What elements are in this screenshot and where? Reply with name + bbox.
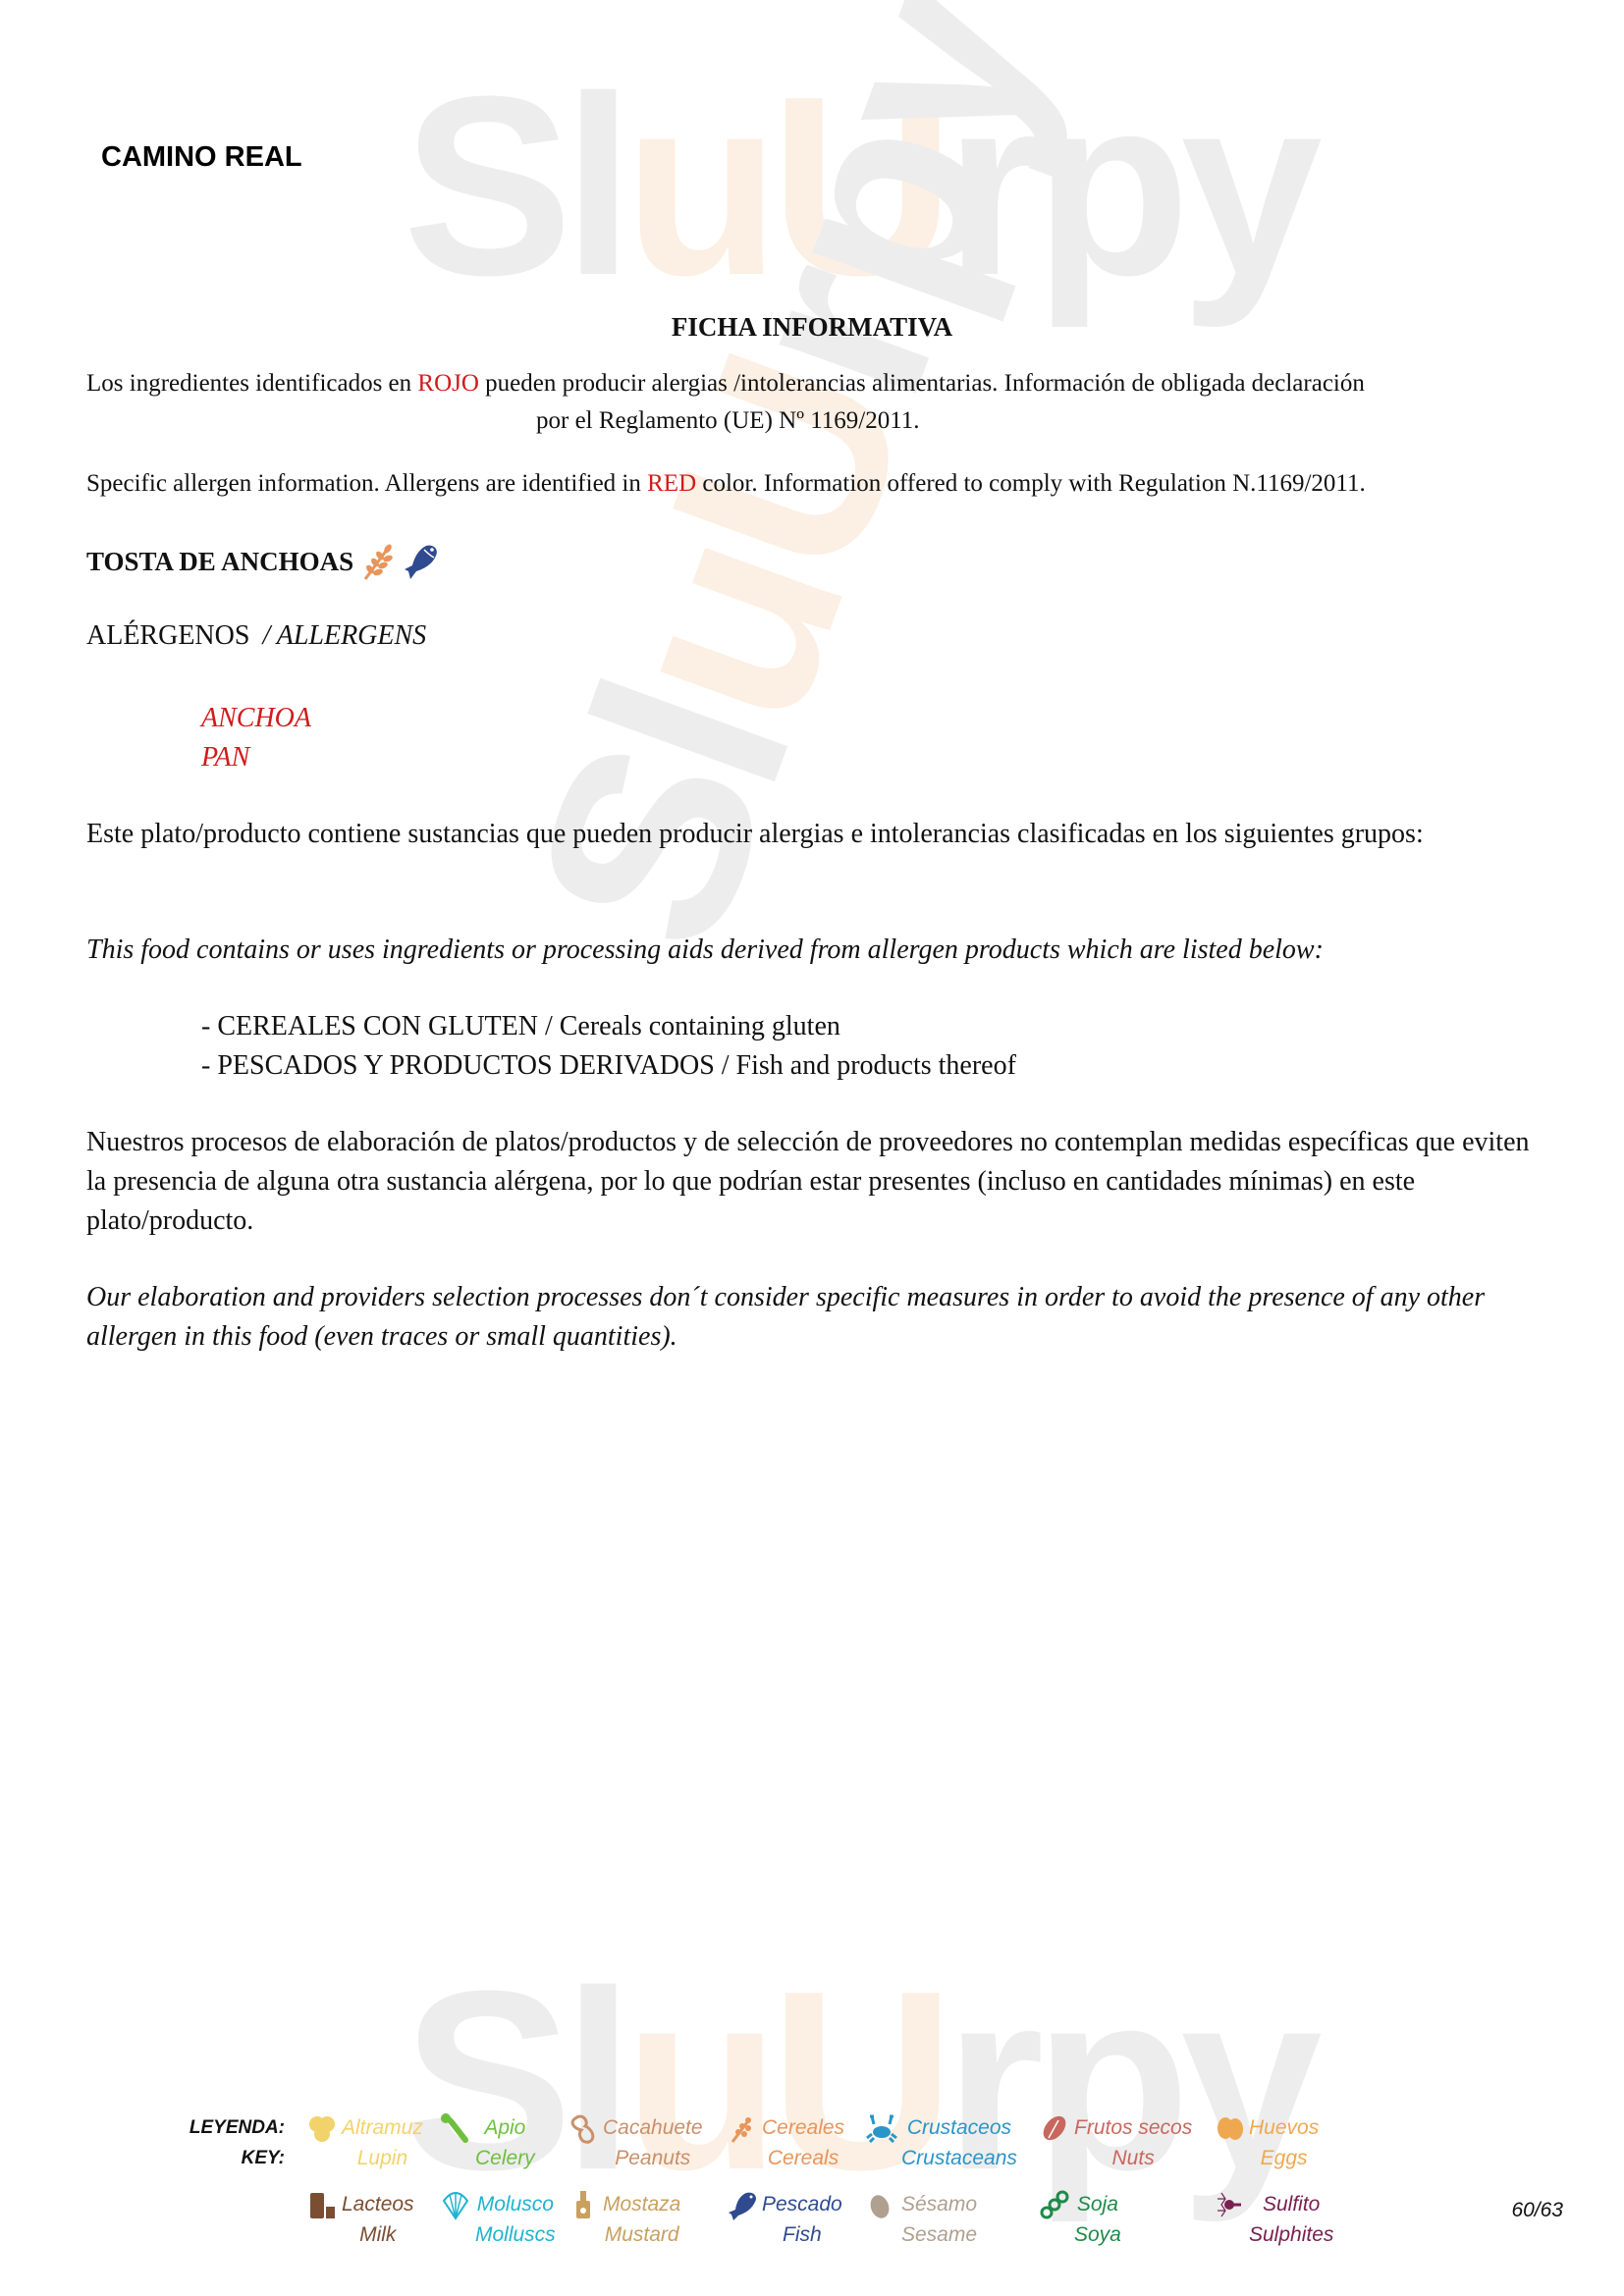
legend-label-es: Altramuz bbox=[342, 2112, 423, 2143]
legend-item-sulphites: SulfitoSulphites bbox=[1214, 2189, 1333, 2250]
legend-label-en: Sesame bbox=[901, 2219, 977, 2250]
sulphite-icon bbox=[1214, 2189, 1245, 2220]
legend-label-es: Lacteos bbox=[342, 2189, 414, 2219]
dish-name: TOSTA DE ANCHOAS bbox=[86, 547, 353, 577]
legend-label-en: Milk bbox=[342, 2219, 414, 2250]
legend-label-es: Sulfito bbox=[1249, 2189, 1333, 2219]
watermark-logo: SluUrpy bbox=[403, 59, 1313, 314]
intro-spanish: Los ingredientes identificados en ROJO p… bbox=[86, 365, 1559, 402]
legend-item-crustaceans: CrustaceosCrustaceans bbox=[866, 2112, 1017, 2173]
restaurant-name: CAMINO REAL bbox=[101, 141, 302, 174]
contains-english: This food contains or uses ingredients o… bbox=[86, 931, 1540, 970]
contains-spanish: Este plato/producto contiene sustancias … bbox=[86, 815, 1540, 854]
mollusc-icon bbox=[440, 2189, 471, 2220]
dish-heading: TOSTA DE ANCHOAS bbox=[86, 542, 440, 581]
legend-label-en: Lupin bbox=[342, 2143, 423, 2173]
legend-item-lupin: AltramuzLupin bbox=[306, 2112, 423, 2173]
legend-label-en: Crustaceans bbox=[901, 2143, 1017, 2173]
allergen-group-item: - PESCADOS Y PRODUCTOS DERIVADOS / Fish … bbox=[201, 1046, 1016, 1086]
legend-label-es: Apio bbox=[475, 2112, 535, 2143]
red-keyword: ROJO bbox=[417, 370, 479, 397]
ingredient-item: PAN bbox=[201, 738, 311, 777]
legend-label-en: Celery bbox=[475, 2143, 535, 2173]
ingredient-list: ANCHOA PAN bbox=[201, 699, 311, 777]
legend-label-es: Cacahuete bbox=[603, 2112, 703, 2143]
legend-label-en: Nuts bbox=[1074, 2143, 1192, 2173]
ingredient-item: ANCHOA bbox=[201, 699, 311, 738]
legend-item-eggs: HuevosEggs bbox=[1214, 2112, 1319, 2173]
legend-label-en: Fish bbox=[762, 2219, 842, 2250]
legend-label-es: Soja bbox=[1074, 2189, 1121, 2219]
celery-icon bbox=[440, 2112, 471, 2144]
legend-item-fish: PescadoFish bbox=[727, 2189, 842, 2250]
legend-label-en: Sulphites bbox=[1249, 2219, 1333, 2250]
legend-label: LEYENDA: KEY: bbox=[183, 2112, 285, 2173]
disclaimer-english: Our elaboration and providers selection … bbox=[86, 1278, 1540, 1357]
legend-label-en: Peanuts bbox=[603, 2143, 703, 2173]
legend-item-cereals: CerealesCereals bbox=[727, 2112, 844, 2173]
lupin-icon bbox=[306, 2112, 338, 2144]
allergen-group-item: - CEREALES CON GLUTEN / Cereals containi… bbox=[201, 1007, 1016, 1046]
soy-icon bbox=[1039, 2189, 1070, 2220]
legend-item-nuts: Frutos secosNuts bbox=[1039, 2112, 1192, 2173]
legend-label-en: Molluscs bbox=[475, 2219, 556, 2250]
legend-label-en: Cereals bbox=[762, 2143, 844, 2173]
page-title: FICHA INFORMATIVA bbox=[0, 312, 1624, 343]
legend-label-en: Mustard bbox=[603, 2219, 680, 2250]
intro-spanish-line2: por el Reglamento (UE) Nº 1169/2011. bbox=[536, 402, 920, 440]
legend-label-en: Eggs bbox=[1249, 2143, 1319, 2173]
allergens-heading: ALÉRGENOS / ALLERGENS bbox=[86, 620, 426, 652]
nut-icon bbox=[1039, 2112, 1070, 2144]
egg-icon bbox=[1214, 2112, 1245, 2144]
allergen-group-list: - CEREALES CON GLUTEN / Cereals containi… bbox=[201, 1007, 1016, 1086]
mustard-icon bbox=[568, 2189, 599, 2220]
intro-english: Specific allergen information. Allergens… bbox=[86, 465, 1579, 503]
legend-label-es: Frutos secos bbox=[1074, 2112, 1192, 2143]
legend-label-en: Soya bbox=[1074, 2219, 1121, 2250]
legend-item-sesame: SésamoSesame bbox=[866, 2189, 977, 2250]
legend-label-es: Huevos bbox=[1249, 2112, 1319, 2143]
fish-icon bbox=[727, 2189, 758, 2220]
legend-item-soya: SojaSoya bbox=[1039, 2189, 1121, 2250]
legend-item-celery: ApioCelery bbox=[440, 2112, 535, 2173]
fish-icon bbox=[405, 542, 440, 581]
legend-label-es: Sésamo bbox=[901, 2189, 977, 2219]
legend-label-es: Molusco bbox=[475, 2189, 556, 2219]
red-keyword: RED bbox=[647, 470, 696, 497]
disclaimer-spanish: Nuestros procesos de elaboración de plat… bbox=[86, 1123, 1540, 1241]
wheat-icon bbox=[727, 2112, 758, 2144]
crab-icon bbox=[866, 2112, 897, 2144]
legend-label-es: Crustaceos bbox=[901, 2112, 1017, 2143]
legend-item-peanuts: CacahuetePeanuts bbox=[568, 2112, 703, 2173]
legend-label-es: Mostaza bbox=[603, 2189, 680, 2219]
peanut-icon bbox=[568, 2112, 599, 2144]
legend-item-mustard: MostazaMustard bbox=[568, 2189, 680, 2250]
page-number: 60/63 bbox=[1511, 2199, 1563, 2222]
legend-item-milk: LacteosMilk bbox=[306, 2189, 414, 2250]
milk-icon bbox=[306, 2189, 338, 2220]
legend-label-es: Pescado bbox=[762, 2189, 842, 2219]
wheat-icon bbox=[361, 542, 397, 581]
sesame-icon bbox=[866, 2189, 897, 2220]
legend-label-es: Cereales bbox=[762, 2112, 844, 2143]
legend-item-molluscs: MoluscoMolluscs bbox=[440, 2189, 556, 2250]
